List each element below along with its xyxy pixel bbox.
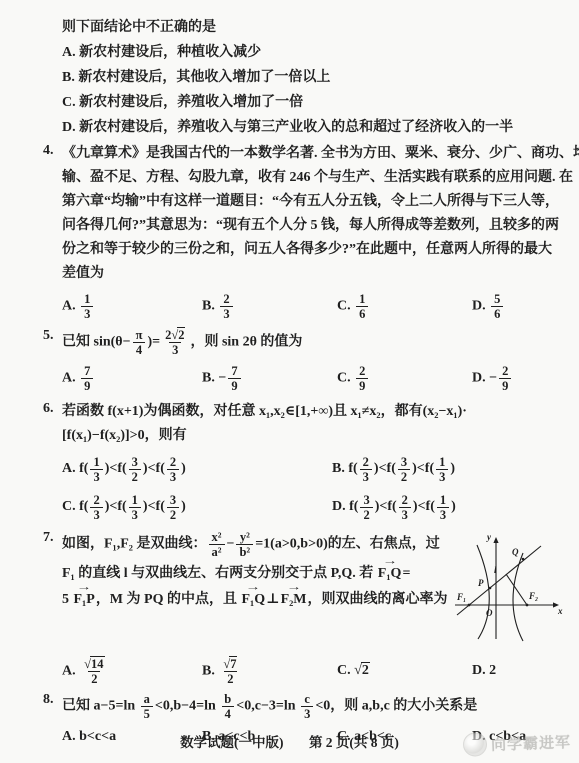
option-a: A. 79	[62, 363, 202, 394]
hyperbola-figure-svg: y x O F₁ F₂ P Q l	[449, 529, 567, 649]
option-b: B. 23	[202, 291, 337, 322]
option-d: D. 56	[472, 291, 571, 322]
footer-page-number: 第 2 页(共 8 页)	[309, 735, 399, 750]
figure-label-x: x	[557, 606, 563, 616]
question-options: A. 79 B. −79 C. 29 D. −29	[62, 361, 571, 395]
stem-line: 已知 a−5=ln a5<0,b−4=ln b4<0,c−3=ln c3<0，则…	[62, 691, 571, 722]
option-c: C. 16	[337, 291, 472, 322]
option-d: D. 2	[472, 663, 571, 679]
stem-line: 差值为	[62, 262, 571, 286]
hyperbola-figure: y x O F₁ F₂ P Q l	[449, 529, 567, 649]
question-lead: 则下面结论中不正确的是	[62, 15, 569, 40]
figure-label-o: O	[486, 608, 493, 618]
stem-line: 问各得几何?”其意思为：“现有五个人分 5 钱，每人所得成等差数列，且较多的两	[62, 214, 571, 238]
question-stem: 若函数 f(x+1)为偶函数，对任意 x₁,x₂∈[1,+∞)且 x₁≠x₂，都…	[62, 400, 571, 448]
figure-label-f2: F₂	[528, 591, 538, 601]
question-3-continuation: 则下面结论中不正确的是 A. 新农村建设后，种植收入减少 B. 新农村建设后，其…	[62, 15, 569, 140]
question-stem: 已知 sin(θ−π4)=2√23，则 sin 2θ 的值为	[62, 327, 571, 358]
option-b: B. f(23)<f(32)<f(13)	[332, 451, 571, 487]
question-options: A. f(13)<f(32)<f(23) B. f(23)<f(32)<f(13…	[62, 451, 571, 525]
exam-page: 则下面结论中不正确的是 A. 新农村建设后，种植收入减少 B. 新农村建设后，其…	[0, 0, 579, 763]
question-options: A. √142 B. √72 C. √2 D. 2	[62, 654, 571, 688]
question-6: 6. 若函数 f(x+1)为偶函数，对任意 x₁,x₂∈[1,+∞)且 x₁≠x…	[62, 400, 571, 525]
option-a: A. 新农村建设后，种植收入减少	[62, 40, 569, 65]
question-number: 7.	[43, 530, 54, 546]
stem-line: 《九章算术》是我国古代的一本数学名著. 全书为方田、粟米、衰分、少广、商功、均	[62, 142, 571, 166]
figure-label-p: P	[478, 578, 484, 588]
option-c: C. 新农村建设后，养殖收入增加了一倍	[62, 90, 569, 115]
option-d: D. 新农村建设后，养殖收入与第三产业收入的总和超过了经济收入的一半	[62, 115, 569, 140]
option-d: D. f(32)<f(23)<f(13)	[332, 489, 571, 525]
question-stem: 已知 a−5=ln a5<0,b−4=ln b4<0,c−3=ln c3<0，则…	[62, 691, 571, 722]
question-number: 4.	[43, 143, 54, 159]
stem-line: 已知 sin(θ−π4)=2√23，则 sin 2θ 的值为	[62, 327, 571, 358]
option-b: B. 新农村建设后，其他收入增加了一倍以上	[62, 65, 569, 90]
question-7: 7. y x	[62, 529, 571, 688]
stem-line: 份之和等于较少的三份之和，问五人各得多少?”在此题中，任意两人所得的最大	[62, 238, 571, 262]
option-c: C. √2	[337, 663, 472, 679]
question-4: 4. 《九章算术》是我国古代的一本数学名著. 全书为方田、粟米、衰分、少广、商功…	[62, 142, 571, 323]
stem-line: 若函数 f(x+1)为偶函数，对任意 x₁,x₂∈[1,+∞)且 x₁≠x₂，都…	[62, 400, 571, 424]
option-b: B. −79	[202, 363, 337, 394]
stem-line: 第六章“均输”中有这样一道题目：“今有五人分五钱，令上二人所得与下三人等，	[62, 190, 571, 214]
option-a: A. f(13)<f(32)<f(23)	[62, 451, 332, 487]
watermark: 向学霸进军	[463, 729, 572, 757]
stem-line: [f(x₁)−f(x₂)]>0，则有	[62, 424, 571, 448]
figure-label-f1: F₁	[456, 592, 466, 602]
option-b: B. √72	[202, 656, 337, 687]
watermark-logo-icon	[463, 732, 488, 757]
question-5: 5. 已知 sin(θ−π4)=2√23，则 sin 2θ 的值为 A. 79 …	[62, 327, 571, 395]
watermark-text: 向学霸进军	[491, 731, 572, 755]
question-stem: 《九章算术》是我国古代的一本数学名著. 全书为方田、粟米、衰分、少广、商功、均输…	[62, 142, 571, 286]
option-a: A. √142	[62, 656, 202, 687]
question-number: 6.	[43, 401, 54, 417]
question-number: 8.	[43, 692, 54, 708]
option-a: A. 13	[62, 291, 202, 322]
stem-line: 输、盈不足、方程、勾股九章，收有 246 个与生产、生活实践有联系的应用问题. …	[62, 166, 571, 190]
option-c: C. f(23)<f(13)<f(32)	[62, 489, 332, 525]
figure-label-q: Q	[512, 547, 519, 557]
question-options: A. 13 B. 23 C. 16 D. 56	[62, 289, 571, 323]
footer-paper-title: 数学试题(一中版)	[180, 735, 284, 750]
option-c: C. 29	[337, 363, 472, 394]
question-number: 5.	[43, 328, 54, 344]
figure-label-y: y	[486, 532, 492, 542]
option-d: D. −29	[472, 363, 571, 394]
